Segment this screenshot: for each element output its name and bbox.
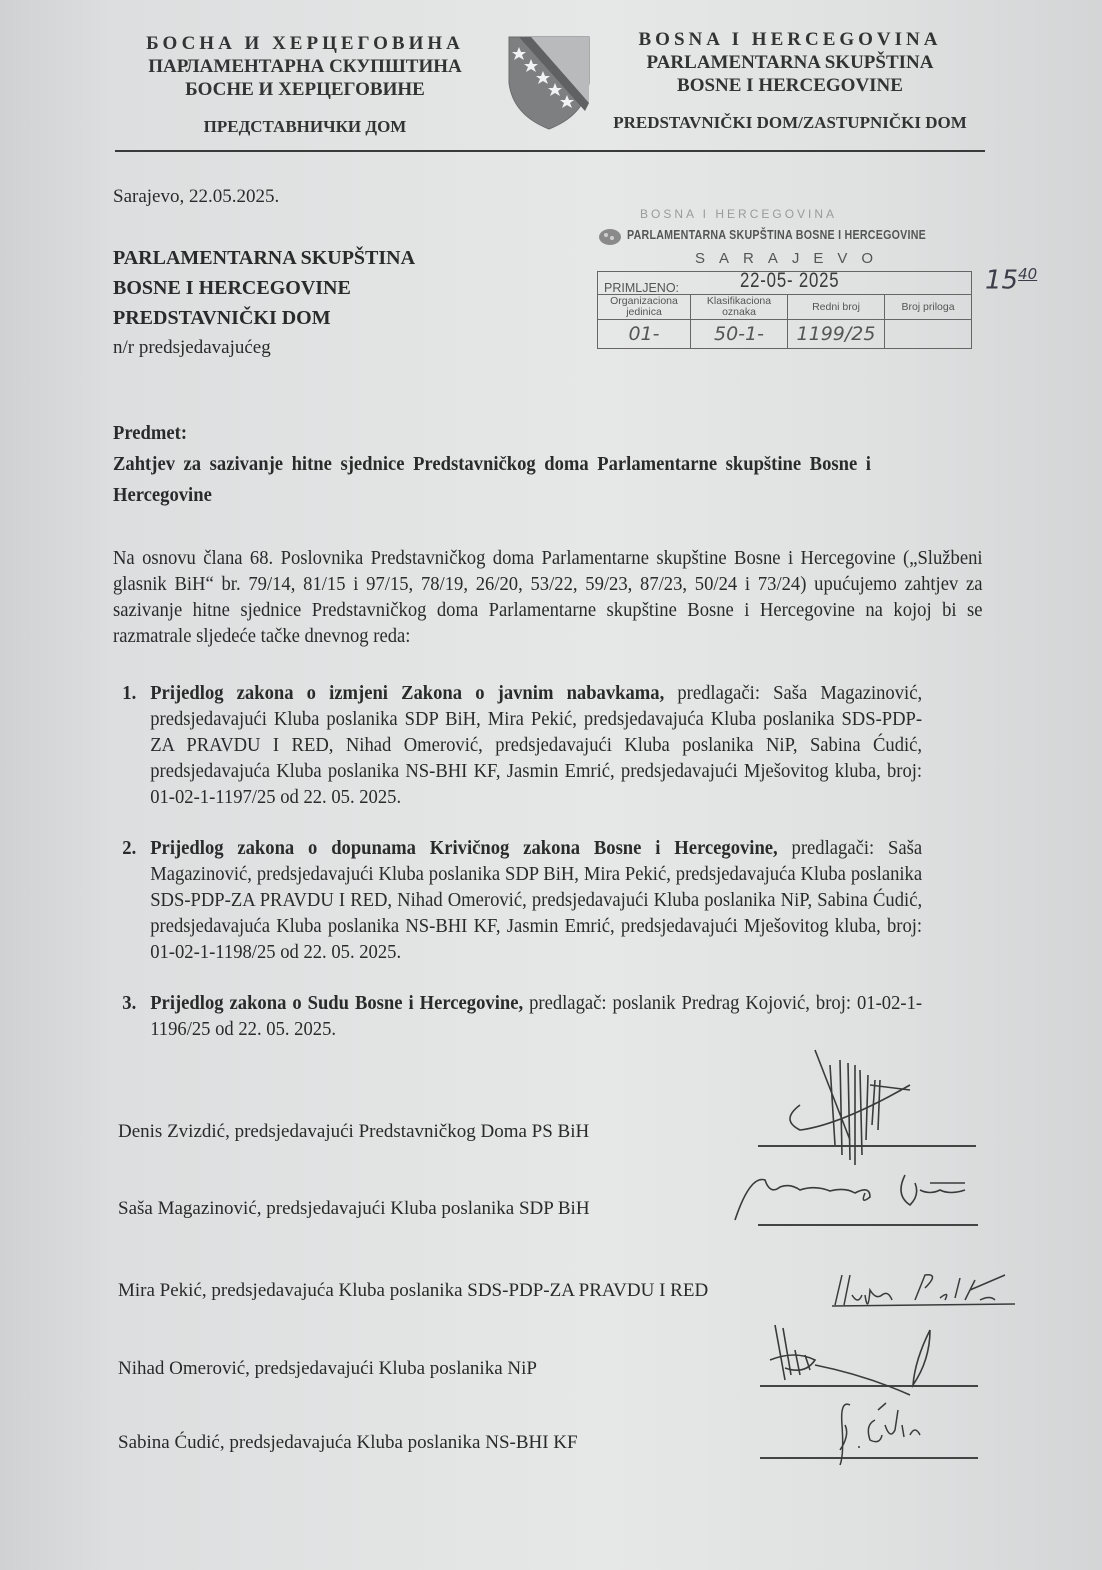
header-of-country-lat: BOSNE I HERCEGOVINE (585, 74, 995, 97)
header-house-lat: PREDSTAVNIČKI DOM/ZASTUPNIČKI DOM (585, 111, 995, 134)
coat-of-arms-icon (505, 33, 593, 131)
recipient-block: PARLAMENTARNA SKUPŠTINA BOSNE I HERCEGOV… (113, 243, 415, 363)
signature-cudic-icon (830, 1395, 950, 1470)
handwritten-time-minutes: 40 (1018, 265, 1037, 283)
header-cyrillic: БОСНА И ХЕРЦЕГОВИНА ПАРЛАМЕНТАРНА СКУПШТ… (115, 32, 495, 138)
stamp-col-serial: Redni broj (788, 295, 885, 320)
signatory-omerovic: Nihad Omerović, predsjedavajući Kluba po… (118, 1358, 537, 1380)
agenda-item-title: Prijedlog zakona o dopunama Krivičnog za… (150, 837, 778, 859)
subject-line: Predmet:Zahtjev za sazivanje hitne sjedn… (113, 418, 922, 511)
agenda-item-number: 2. (122, 835, 136, 861)
received-stamp: BOSNA I HERCEGOVINA PARLAMENTARNA SKUPŠT… (595, 205, 980, 365)
stamp-faded-line: BOSNA I HERCEGOVINA (640, 207, 837, 221)
recipient-attention: n/r predsjedavajućeg (113, 333, 415, 363)
handwritten-time-hour: 15 (985, 266, 1018, 296)
subject-label: Predmet: (113, 418, 211, 449)
signatory-cudic: Sabina Ćudić, predsjedavajuća Kluba posl… (118, 1432, 578, 1454)
stamp-emblem-icon (597, 227, 623, 247)
recipient-line-2: BOSNE I HERCEGOVINE (113, 273, 415, 303)
signature-omerovic-icon (765, 1320, 945, 1400)
stamp-val-class: 50-1- (691, 320, 788, 349)
signature-zvizdic-icon (760, 1045, 960, 1185)
signatory-zvizdic: Denis Zvizdić, predsjedavajući Predstavn… (118, 1121, 589, 1143)
header-assembly-cyr: ПАРЛАМЕНТАРНА СКУПШТИНА (115, 55, 495, 78)
stamp-val-attachments (885, 320, 972, 349)
header-house-cyr: ПРЕДСТАВНИЧКИ ДОМ (115, 115, 495, 138)
body-paragraph: Na osnovu člana 68. Poslovnika Predstavn… (113, 545, 983, 649)
header-of-country-cyr: БОСНЕ И ХЕРЦЕГОВИНЕ (115, 78, 495, 101)
subject-text: Zahtjev za sazivanje hitne sjednice Pred… (113, 449, 871, 511)
stamp-received-date: 22-05- 2025 (740, 269, 839, 293)
agenda-list: 1. Prijedlog zakona o izmjeni Zakona o j… (113, 680, 922, 1067)
recipient-line-3: PREDSTAVNIČKI DOM (113, 303, 415, 333)
stamp-organization: PARLAMENTARNA SKUPŠTINA BOSNE I HERCEGOV… (627, 227, 926, 242)
stamp-col-org-unit: Organizaciona jedinica (598, 295, 691, 320)
agenda-item: 1. Prijedlog zakona o izmjeni Zakona o j… (113, 680, 922, 810)
stamp-col-class: Klasifikaciona oznaka (691, 295, 788, 320)
header-country-lat: BOSNA I HERCEGOVINA (585, 28, 995, 51)
stamp-city: SARAJEVO (695, 250, 887, 267)
agenda-item-title: Prijedlog zakona o izmjeni Zakona o javn… (150, 682, 664, 704)
agenda-item-number: 3. (122, 990, 136, 1016)
stamp-val-org-unit: 01- (598, 320, 691, 349)
header-latin: BOSNA I HERCEGOVINA PARLAMENTARNA SKUPŠT… (585, 28, 995, 134)
agenda-item-number: 1. (122, 680, 136, 706)
header-assembly-lat: PARLAMENTARNA SKUPŠTINA (585, 51, 995, 74)
agenda-item-title: Prijedlog zakona o Sudu Bosne i Hercegov… (150, 992, 523, 1014)
handwritten-time: 1540 (985, 265, 1037, 296)
stamp-val-serial: 1199/25 (788, 320, 885, 349)
signature-magazinovic-icon (730, 1165, 980, 1225)
date-line: Sarajevo, 22.05.2025. (113, 186, 279, 208)
header-country-cyr: БОСНА И ХЕРЦЕГОВИНА (115, 32, 495, 55)
stamp-col-attachments: Broj priloga (885, 295, 972, 320)
header-divider (115, 150, 985, 152)
recipient-line-1: PARLAMENTARNA SKUPŠTINA (113, 243, 415, 273)
agenda-item: 3. Prijedlog zakona o Sudu Bosne i Herce… (113, 990, 922, 1042)
agenda-item: 2. Prijedlog zakona o dopunama Krivičnog… (113, 835, 922, 965)
signatory-magazinovic: Saša Magazinović, predsjedavajući Kluba … (118, 1198, 590, 1220)
signature-pekic-icon (830, 1270, 1025, 1315)
signatory-pekic: Mira Pekić, predsjedavajuća Kluba poslan… (118, 1280, 708, 1302)
